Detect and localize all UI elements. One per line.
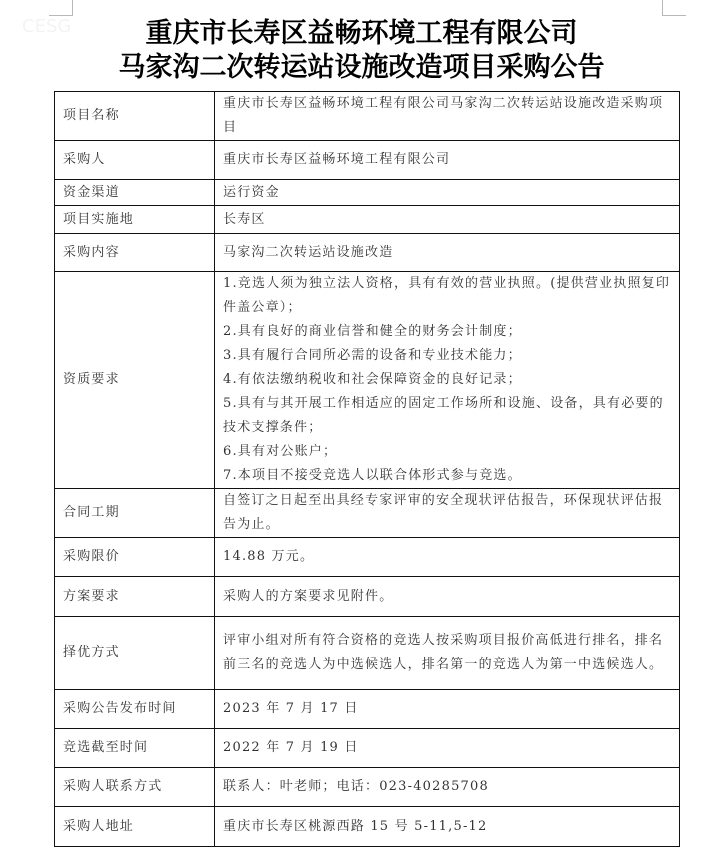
row-value: 运行资金: [215, 180, 680, 206]
qualification-list: 1.竞选人须为独立法人资格，具有有效的营业执照。(提供营业执照复印件盖公章）； …: [215, 272, 680, 489]
qualification-item: 5.具有与其开展工作相适应的固定工作场所和设施、设备，具有必要的技术支撑条件；: [223, 392, 671, 440]
row-value: 2023 年 7 月 17 日: [215, 690, 680, 729]
row-value: 采购人的方案要求见附件。: [215, 577, 680, 617]
row-label: 采购限价: [55, 538, 215, 577]
table-row-selection-method: 择优方式 评审小组对所有符合资格的竞选人按采购项目报价高低进行排名，排名前三名的…: [55, 617, 680, 690]
row-label: 采购公告发布时间: [55, 690, 215, 729]
row-label: 采购人: [55, 141, 215, 180]
qualification-item: 4.有依法缴纳税收和社会保障资金的良好记录；: [223, 368, 671, 392]
row-label: 项目名称: [55, 92, 215, 141]
table-row-plan-requirements: 方案要求 采购人的方案要求见附件。: [55, 577, 680, 617]
row-value: 重庆市长寿区桃源西路 15 号 5-11,5-12: [215, 807, 680, 847]
table-row-deadline: 竞选截至时间 2022 年 7 月 19 日: [55, 729, 680, 768]
row-value: 评审小组对所有符合资格的竞选人按采购项目报价高低进行排名，排名前三名的竞选人为中…: [215, 617, 680, 690]
row-label: 采购人联系方式: [55, 768, 215, 807]
row-label: 方案要求: [55, 577, 215, 617]
page-corner-mark-right: [662, 0, 686, 16]
row-value: 长寿区: [215, 206, 680, 234]
table-row-procurement-content: 采购内容 马家沟二次转运站设施改造: [55, 234, 680, 272]
qualification-item: 6.具有对公账户；: [223, 440, 671, 464]
row-label: 择优方式: [55, 617, 215, 690]
row-value: 重庆市长寿区益畅环境工程有限公司马家沟二次转运站设施改造采购项目: [215, 92, 680, 141]
row-value: 自签订之日起至出具经专家评审的安全现状评估报告，环保现状评估报告为止。: [215, 489, 680, 538]
qualification-item: 2.具有良好的商业信誉和健全的财务会计制度；: [223, 320, 671, 344]
row-label: 采购人地址: [55, 807, 215, 847]
table-row-price-limit: 采购限价 14.88 万元。: [55, 538, 680, 577]
row-value: 联系人：叶老师；电话：023-40285708: [215, 768, 680, 807]
table-row-address: 采购人地址 重庆市长寿区桃源西路 15 号 5-11,5-12: [55, 807, 680, 847]
document-title-line-2: 马家沟二次转运站设施改造项目采购公告: [0, 52, 723, 84]
row-label: 竞选截至时间: [55, 729, 215, 768]
row-label: 资金渠道: [55, 180, 215, 206]
row-value: 重庆市长寿区益畅环境工程有限公司: [215, 141, 680, 180]
table-row-funding-source: 资金渠道 运行资金: [55, 180, 680, 206]
row-label: 合同工期: [55, 489, 215, 538]
row-label: 项目实施地: [55, 206, 215, 234]
qualification-item: 1.竞选人须为独立法人资格，具有有效的营业执照。(提供营业执照复印件盖公章）；: [223, 272, 671, 320]
table-row-contact: 采购人联系方式 联系人：叶老师；电话：023-40285708: [55, 768, 680, 807]
row-label: 采购内容: [55, 234, 215, 272]
page-corner-mark-left: [49, 0, 73, 16]
row-label: 资质要求: [55, 272, 215, 489]
row-value: 2022 年 7 月 19 日: [215, 729, 680, 768]
announcement-table: 项目名称 重庆市长寿区益畅环境工程有限公司马家沟二次转运站设施改造采购项目 采购…: [54, 91, 680, 847]
row-value: 马家沟二次转运站设施改造: [215, 234, 680, 272]
table-row-location: 项目实施地 长寿区: [55, 206, 680, 234]
table-row-purchaser: 采购人 重庆市长寿区益畅环境工程有限公司: [55, 141, 680, 180]
table-row-contract-period: 合同工期 自签订之日起至出具经专家评审的安全现状评估报告，环保现状评估报告为止。: [55, 489, 680, 538]
table-row-publish-date: 采购公告发布时间 2023 年 7 月 17 日: [55, 690, 680, 729]
row-value: 14.88 万元。: [215, 538, 680, 577]
qualification-item: 7.本项目不接受竞选人以联合体形式参与竞选。: [223, 464, 671, 488]
table-row-qualifications: 资质要求 1.竞选人须为独立法人资格，具有有效的营业执照。(提供营业执照复印件盖…: [55, 272, 680, 489]
qualification-item: 3.具有履行合同所必需的设备和专业技术能力；: [223, 344, 671, 368]
table-row-project-name: 项目名称 重庆市长寿区益畅环境工程有限公司马家沟二次转运站设施改造采购项目: [55, 92, 680, 141]
document-title-line-1: 重庆市长寿区益畅环境工程有限公司: [0, 18, 723, 50]
